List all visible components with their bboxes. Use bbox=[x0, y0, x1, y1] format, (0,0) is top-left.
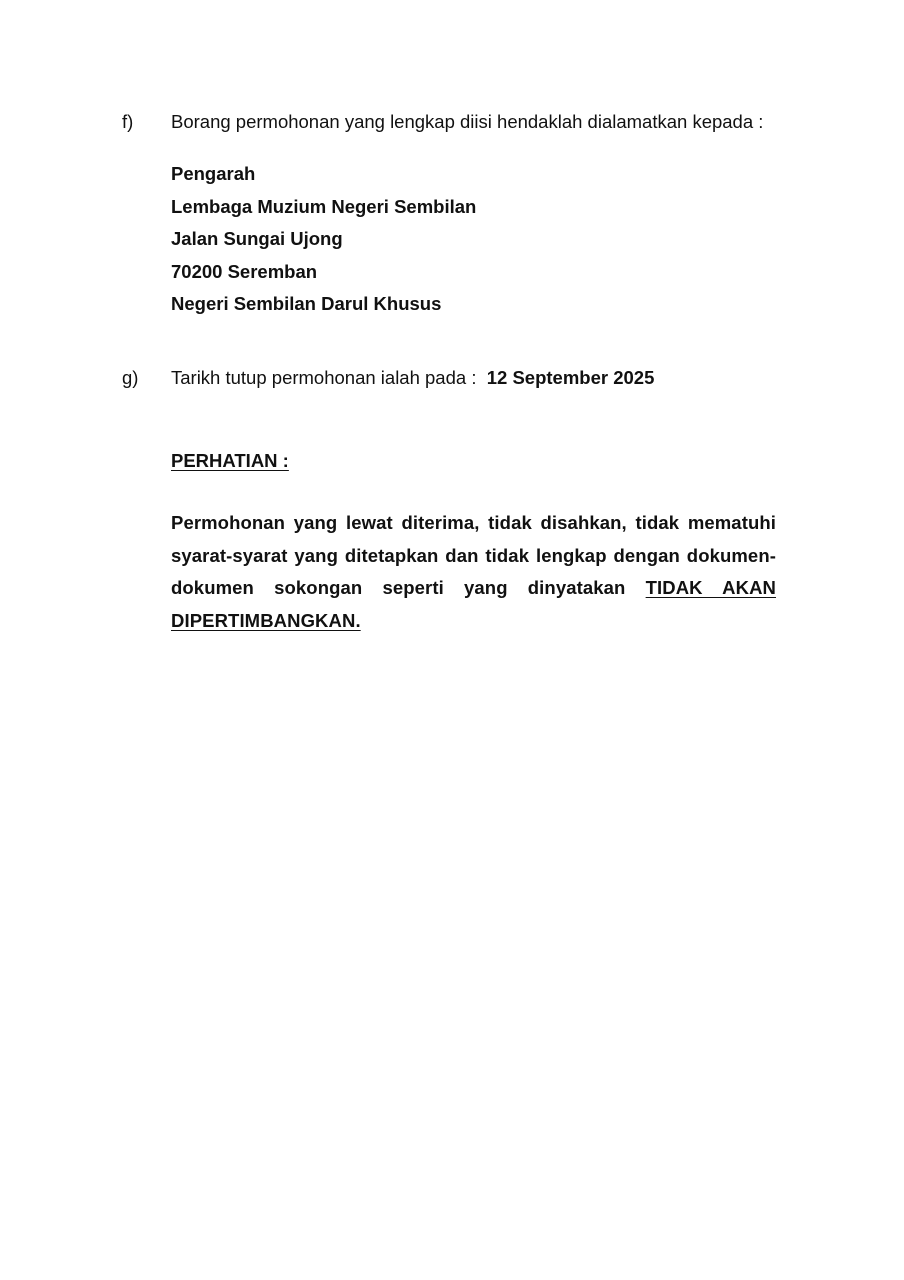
notice-heading: PERHATIAN : bbox=[171, 450, 289, 472]
address-line: Jalan Sungai Ujong bbox=[171, 223, 476, 256]
notice-body: Permohonan yang lewat diterima, tidak di… bbox=[171, 507, 776, 637]
address-line: Negeri Sembilan Darul Khusus bbox=[171, 288, 476, 321]
address-block: Pengarah Lembaga Muzium Negeri Sembilan … bbox=[171, 158, 476, 321]
closing-date: 12 September 2025 bbox=[487, 367, 655, 388]
address-line: Pengarah bbox=[171, 158, 476, 191]
item-g-text: Tarikh tutup permohonan ialah pada : 12 … bbox=[171, 367, 654, 389]
item-f-marker: f) bbox=[122, 111, 133, 133]
address-line: 70200 Seremban bbox=[171, 256, 476, 289]
closing-date-label: Tarikh tutup permohonan ialah pada : bbox=[171, 367, 476, 388]
address-line: Lembaga Muzium Negeri Sembilan bbox=[171, 191, 476, 224]
item-f-text: Borang permohonan yang lengkap diisi hen… bbox=[171, 111, 763, 133]
item-g-marker: g) bbox=[122, 367, 138, 389]
